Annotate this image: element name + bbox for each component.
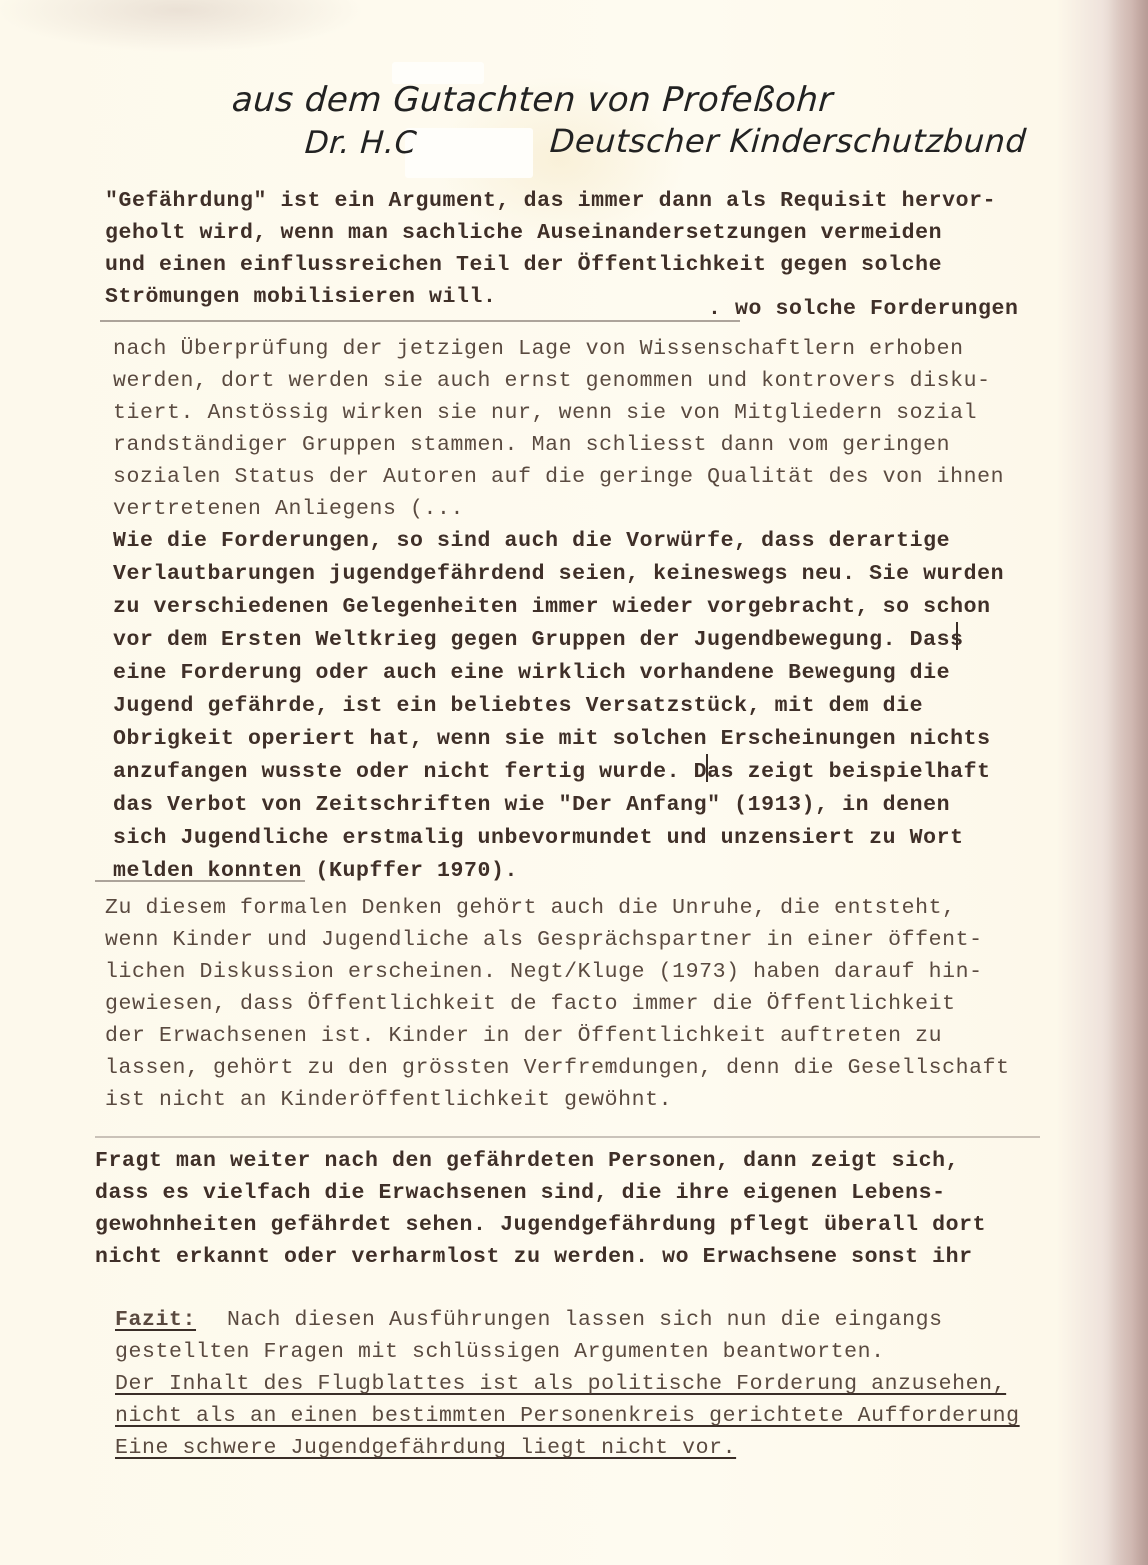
text-line: geholt wird, wenn man sachliche Auseinan… xyxy=(105,218,942,248)
divider-line xyxy=(95,880,305,882)
text-line: tiert. Anstössig wirken sie nur, wenn si… xyxy=(113,398,977,428)
text-line: sozialen Status der Autoren auf die geri… xyxy=(113,462,1004,492)
text-line: sich Jugendliche erstmalig unbevormundet… xyxy=(113,823,964,853)
conclusion-label: Fazit: xyxy=(115,1305,196,1335)
text-line: dass es vielfach die Erwachsenen sind, d… xyxy=(95,1178,946,1208)
text-line: anzufangen wusste oder nicht fertig wurd… xyxy=(113,757,991,787)
whiteout-patch-name xyxy=(405,128,533,178)
scanned-page: aus dem Gutachten von Profeßohr Dr. H.C … xyxy=(0,0,1148,1565)
conclusion-underlined-line: Der Inhalt des Flugblattes ist als polit… xyxy=(115,1369,1006,1399)
text-line: Wie die Forderungen, so sind auch die Vo… xyxy=(113,526,950,556)
text-line: Jugend gefährde, ist ein beliebtes Versa… xyxy=(113,691,923,721)
handwritten-heading-line2-suffix: Deutscher Kinderschutzbund xyxy=(549,122,1028,160)
text-line: gewohnheiten gefährdet sehen. Jugendgefä… xyxy=(95,1210,986,1240)
text-line: lichen Diskussion erscheinen. Negt/Kluge… xyxy=(105,957,983,987)
text-line: ist nicht an Kinderöffentlichkeit gewöhn… xyxy=(105,1085,672,1115)
text-line: Fragt man weiter nach den gefährdeten Pe… xyxy=(95,1146,959,1176)
margin-mark xyxy=(956,622,958,650)
conclusion-underlined-line: Eine schwere Jugendgefährdung liegt nich… xyxy=(115,1433,736,1463)
text-line: wenn Kinder und Jugendliche als Gespräch… xyxy=(105,925,983,955)
text-line: vor dem Ersten Weltkrieg gegen Gruppen d… xyxy=(113,625,964,655)
text-line: das Verbot von Zeitschriften wie "Der An… xyxy=(113,790,950,820)
text-line: randständiger Gruppen stammen. Man schli… xyxy=(113,430,950,460)
conclusion-underlined-line: nicht als an einen bestimmten Personenkr… xyxy=(115,1401,1020,1431)
text-line: zu verschiedenen Gelegenheiten immer wie… xyxy=(113,592,991,622)
text-line: werden, dort werden sie auch ernst genom… xyxy=(113,366,991,396)
page-edge-shadow xyxy=(1108,0,1148,1565)
text-line: . wo solche Forderungen xyxy=(708,294,1019,324)
divider-line xyxy=(95,1136,1040,1138)
text-line: Obrigkeit operiert hat, wenn sie mit sol… xyxy=(113,724,991,754)
divider-line xyxy=(100,320,740,322)
text-line: "Gefährdung" ist ein Argument, das immer… xyxy=(105,186,996,216)
conclusion-line: gestellten Fragen mit schlüssigen Argume… xyxy=(115,1337,885,1367)
text-line: der Erwachsenen ist. Kinder in der Öffen… xyxy=(105,1021,942,1051)
text-line: vertretenen Anliegens (... xyxy=(113,494,464,524)
handwritten-heading-line1: aus dem Gutachten von Profeßohr xyxy=(231,80,835,120)
margin-mark xyxy=(706,754,708,782)
text-line: nicht erkannt oder verharmlost zu werden… xyxy=(95,1242,973,1272)
text-line: lassen, gehört zu den grössten Verfremdu… xyxy=(105,1053,1010,1083)
text-line: und einen einflussreichen Teil der Öffen… xyxy=(105,250,942,280)
text-line: nach Überprüfung der jetzigen Lage von W… xyxy=(113,334,964,364)
text-line: eine Forderung oder auch eine wirklich v… xyxy=(113,658,950,688)
handwritten-heading-line2-prefix: Dr. H.C xyxy=(304,125,418,161)
text-line: Strömungen mobilisieren will. xyxy=(105,282,497,312)
conclusion-line: Nach diesen Ausführungen lassen sich nun… xyxy=(227,1305,943,1335)
text-line: Zu diesem formalen Denken gehört auch di… xyxy=(105,893,956,923)
text-line: gewiesen, dass Öffentlichkeit de facto i… xyxy=(105,989,956,1019)
text-line: Verlautbarungen jugendgefährdend seien, … xyxy=(113,559,1004,589)
